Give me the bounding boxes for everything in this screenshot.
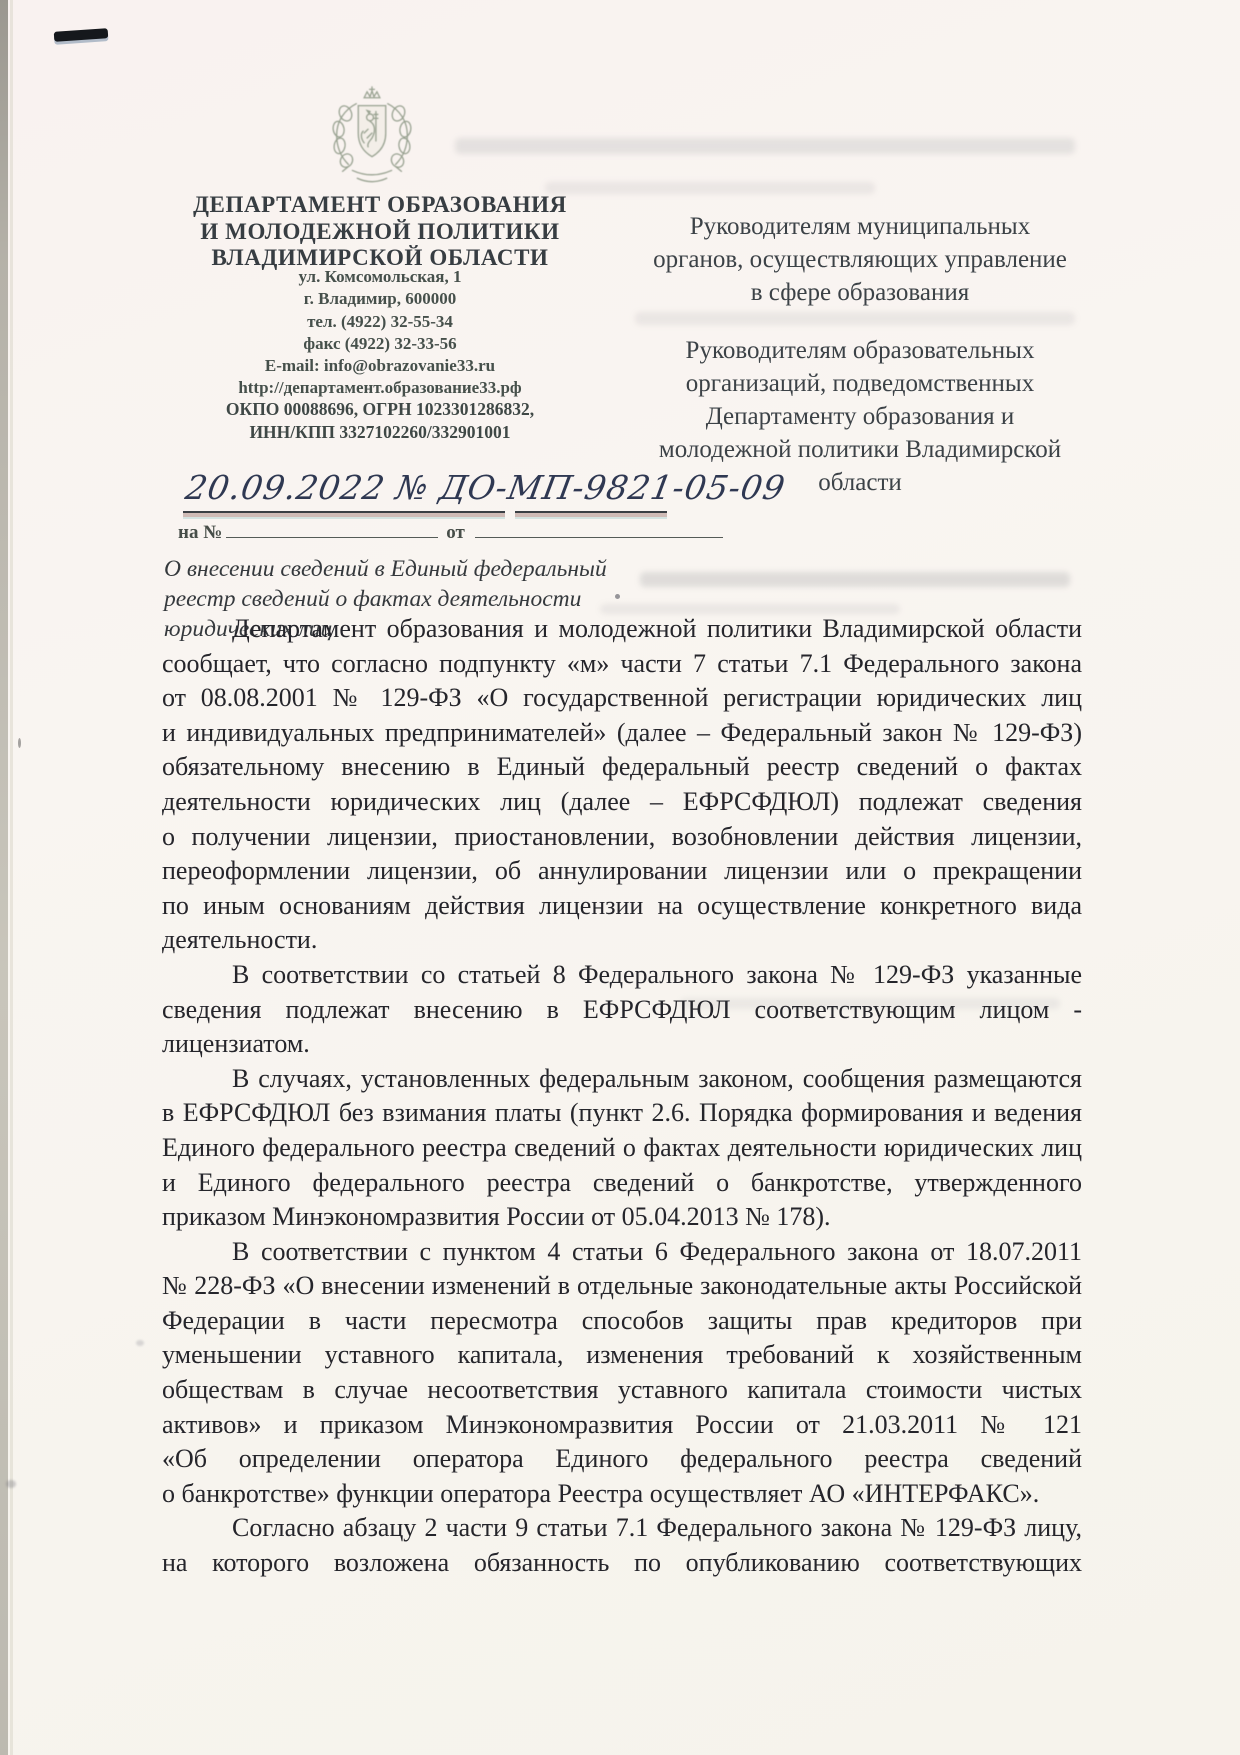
pen-mark xyxy=(54,28,109,42)
body-line: В соответствии с пунктом 4 статьи 6 Феде… xyxy=(162,1235,1082,1270)
org-registry-line: ОКПО 00088696, ОГРН 1023301286832, xyxy=(140,398,620,421)
ink-speck xyxy=(136,1340,144,1346)
org-address-line: ул. Комсомольская, 1 xyxy=(140,266,620,288)
body-line: обязательному внесению в Единый федераль… xyxy=(162,750,1082,785)
body-line: обществам в случае несоответствия уставн… xyxy=(162,1373,1082,1408)
org-contacts: ул. Комсомольская, 1 г. Владимир, 600000… xyxy=(140,266,620,400)
body-line: деятельности. xyxy=(162,923,1082,958)
body-line: В соответствии со статьей 8 Федерального… xyxy=(162,958,1082,993)
org-fax-line: факс (4922) 32-33-56 xyxy=(140,333,620,355)
body-line: активов» и приказом Минэкономразвития Ро… xyxy=(162,1408,1082,1443)
org-website-line: http://департамент.образование33.рф xyxy=(140,377,620,399)
scan-edge-shadow xyxy=(0,0,8,1755)
body-line: и Единого федерального реестра сведений … xyxy=(162,1166,1082,1201)
ink-speck xyxy=(615,594,620,599)
reply-reference-line: на №от xyxy=(178,519,723,544)
scanned-letter-page: ДЕПАРТАМЕНТ ОБРАЗОВАНИЯ И МОЛОДЕЖНОЙ ПОЛ… xyxy=(0,0,1240,1755)
addressee-block-organizations: Руководителям образовательных организаци… xyxy=(615,334,1105,499)
addressee-line: молодежной политики Владимирской xyxy=(615,433,1105,466)
org-name-line: И МОЛОДЕЖНОЙ ПОЛИТИКИ xyxy=(140,219,620,246)
org-name: ДЕПАРТАМЕНТ ОБРАЗОВАНИЯ И МОЛОДЕЖНОЙ ПОЛ… xyxy=(140,192,620,272)
ot-label: от xyxy=(446,522,465,543)
bleedthrough-line xyxy=(635,312,1075,325)
org-registry-line: ИНН/КПП 3327102260/332901001 xyxy=(140,421,620,444)
addressee-block-municipal: Руководителям муниципальных органов, осу… xyxy=(615,210,1105,309)
body-line: Единого федерального реестра сведений о … xyxy=(162,1131,1082,1166)
body-line: Департамент образования и молодежной пол… xyxy=(162,612,1082,647)
addressee-line: в сфере образования xyxy=(615,276,1105,309)
body-line: лицензиатом. xyxy=(162,1027,1082,1062)
body-line: В случаях, установленных федеральным зак… xyxy=(162,1062,1082,1097)
body-line: сообщает, что согласно подпункту «м» час… xyxy=(162,647,1082,682)
org-registry-codes: ОКПО 00088696, ОГРН 1023301286832, ИНН/К… xyxy=(140,398,620,444)
scan-edge-line xyxy=(10,0,13,1755)
subject-line: О внесении сведений в Единый федеральный xyxy=(164,554,614,584)
subject-line: реестр сведений о фактах деятельности xyxy=(164,584,614,614)
vladimir-oblast-coat-of-arms-icon xyxy=(312,84,432,192)
org-email-line: E-mail: info@obrazovanie33.ru xyxy=(140,355,620,377)
addressee-line: органов, осуществляющих управление xyxy=(615,243,1105,276)
body-line: на которого возложена обязанность по опу… xyxy=(162,1546,1082,1581)
addressee-line: области xyxy=(615,466,1105,499)
body-line: от 08.08.2001 № 129-ФЗ «О государственно… xyxy=(162,681,1082,716)
body-line: и индивидуальных предпринимателей» (дале… xyxy=(162,716,1082,751)
letter-body: Департамент образования и молодежной пол… xyxy=(162,612,1082,1581)
org-phone-line: тел. (4922) 32-55-34 xyxy=(140,311,620,333)
addressee-line: Руководителям образовательных xyxy=(615,334,1105,367)
body-line: Федерации в части пересмотра способов за… xyxy=(162,1304,1082,1339)
body-line: сведения подлежат внесению в ЕФРСФДЮЛ со… xyxy=(162,993,1082,1028)
bleedthrough-line xyxy=(455,138,1075,154)
addressee-line: Руководителям муниципальных xyxy=(615,210,1105,243)
body-line: «Об определении оператора Единого федера… xyxy=(162,1442,1082,1477)
addressee-line: Департаменту образования и xyxy=(615,400,1105,433)
na-no-label: на № xyxy=(178,522,222,543)
body-line: по иным основаниям действия лицензии на … xyxy=(162,889,1082,924)
incoming-date-blank xyxy=(475,519,723,538)
body-line: переоформлении лицензии, об аннулировани… xyxy=(162,854,1082,889)
ink-speck xyxy=(6,1480,16,1488)
body-line: о получении лицензии, приостановлении, в… xyxy=(162,820,1082,855)
addressee-line: организаций, подведомственных xyxy=(615,367,1105,400)
bleedthrough-line xyxy=(640,572,1070,587)
body-line: о банкротстве» функции оператора Реестра… xyxy=(162,1477,1082,1512)
body-line: деятельности юридических лиц (далее – ЕФ… xyxy=(162,785,1082,820)
ink-speck xyxy=(18,738,21,748)
incoming-number-blank xyxy=(226,519,438,538)
body-line: приказом Минэкономразвития России от 05.… xyxy=(162,1200,1082,1235)
body-line: уменьшении уставного капитала, изменения… xyxy=(162,1338,1082,1373)
body-line: № 228-ФЗ «О внесении изменений в отдельн… xyxy=(162,1269,1082,1304)
body-line: Согласно абзацу 2 части 9 статьи 7.1 Фед… xyxy=(162,1511,1082,1546)
body-line: в ЕФРСФДЮЛ без взимания платы (пункт 2.6… xyxy=(162,1096,1082,1131)
org-name-line: ДЕПАРТАМЕНТ ОБРАЗОВАНИЯ xyxy=(140,192,620,219)
org-address-line: г. Владимир, 600000 xyxy=(140,288,620,310)
